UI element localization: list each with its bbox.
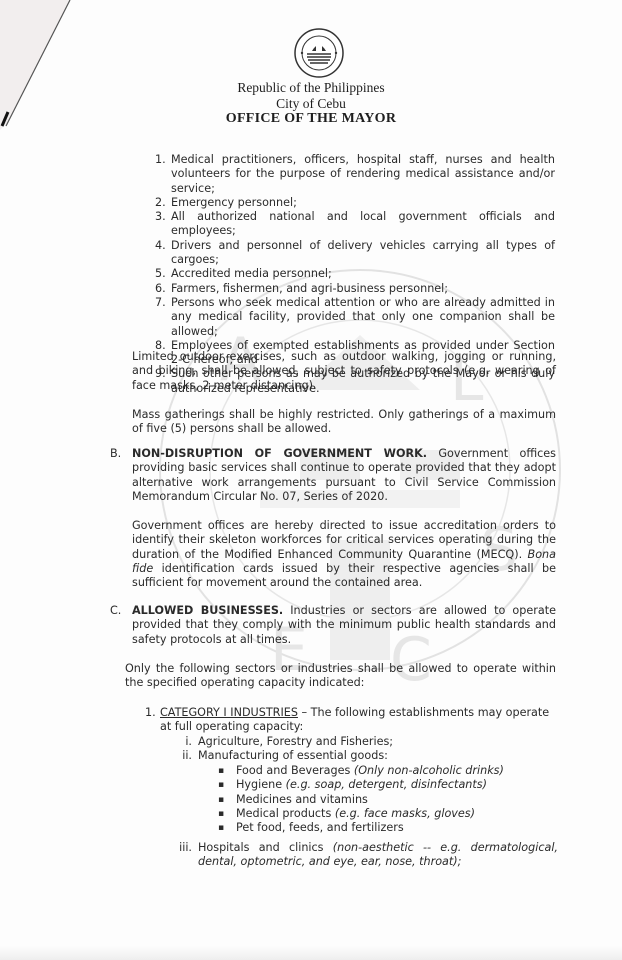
item-number: 7. — [155, 296, 166, 310]
list-item: 3.All authorized national and local gove… — [155, 210, 555, 239]
city-seal-icon — [293, 27, 345, 79]
category-title: CATEGORY I INDUSTRIES — [160, 706, 298, 719]
item-text: Accredited media personnel; — [171, 267, 332, 280]
section-heading: NON-DISRUPTION OF GOVERNMENT WORK. — [132, 447, 427, 460]
list-item: 4.Drivers and personnel of delivery vehi… — [155, 239, 555, 268]
item-number: i. — [185, 735, 192, 749]
item-number: 2. — [155, 196, 166, 210]
item-text: Farmers, fishermen, and agri-business pe… — [171, 282, 448, 295]
item-text: Medicines and vitamins — [236, 793, 368, 806]
item-text: All authorized national and local govern… — [171, 210, 555, 237]
page-bottom-shadow — [0, 946, 622, 960]
list-item: 1.Medical practitioners, officers, hospi… — [155, 153, 555, 196]
section-c-paragraph-2: Only the following sectors or industries… — [125, 662, 556, 691]
item-text: Pet food, feeds, and fertilizers — [236, 821, 404, 834]
item-text: Emergency personnel; — [171, 196, 297, 209]
list-item: Food and Beverages (Only non-alcoholic d… — [218, 764, 504, 778]
section-b: B. NON-DISRUPTION OF GOVERNMENT WORK. Go… — [110, 447, 556, 504]
section-heading: ALLOWED BUSINESSES. — [132, 604, 283, 617]
item-text: Persons who seek medical attention or wh… — [171, 296, 555, 338]
list-item: 7.Persons who seek medical attention or … — [155, 296, 555, 339]
list-item: 2.Emergency personnel; — [155, 196, 555, 210]
item-number: ii. — [182, 749, 192, 763]
item-text: Drivers and personnel of delivery vehicl… — [171, 239, 555, 266]
item-text: Hospitals and clinics — [198, 841, 333, 854]
para-text: Government offices are hereby directed t… — [132, 519, 556, 561]
list-item: Medicines and vitamins — [218, 793, 504, 807]
list-item: iii.Hospitals and clinics (non-aesthetic… — [198, 841, 558, 870]
item-number: 6. — [155, 282, 166, 296]
item-note: (Only non-alcoholic drinks) — [354, 764, 504, 777]
outdoor-exercise-paragraph: Limited outdoor exercises, such as outdo… — [132, 350, 556, 393]
item-text: Manufacturing of essential goods: — [198, 749, 388, 762]
item-number: 1. — [155, 153, 166, 167]
item-text: Medical products — [236, 807, 335, 820]
letterhead-republic: Republic of the Philippines — [0, 80, 622, 96]
item-number: 4. — [155, 239, 166, 253]
list-item: 5.Accredited media personnel; — [155, 267, 555, 281]
item-number: iii. — [179, 841, 192, 855]
letterhead-office: OFFICE OF THE MAYOR — [0, 111, 622, 127]
list-item: 6.Farmers, fishermen, and agri-business … — [155, 282, 555, 296]
item-number: 3. — [155, 210, 166, 224]
category-1: 1. CATEGORY I INDUSTRIES – The following… — [145, 706, 555, 735]
item-text: Agriculture, Forestry and Fisheries; — [198, 735, 393, 748]
list-item: i.Agriculture, Forestry and Fisheries; — [198, 735, 558, 749]
list-item: Medical products (e.g. face masks, glove… — [218, 807, 504, 821]
item-note: (e.g. face masks, gloves) — [335, 807, 475, 820]
item-number: 5. — [155, 267, 166, 281]
list-item: Hygiene (e.g. soap, detergent, disinfect… — [218, 778, 504, 792]
item-text: Food and Beverages — [236, 764, 354, 777]
section-letter: B. — [110, 447, 121, 461]
item-text: Medical practitioners, officers, hospita… — [171, 153, 555, 195]
item-text: Hygiene — [236, 778, 286, 791]
section-c: C. ALLOWED BUSINESSES. Industries or sec… — [110, 604, 556, 647]
essential-goods-list: Food and Beverages (Only non-alcoholic d… — [218, 764, 504, 835]
item-note: (e.g. soap, detergent, disinfectants) — [286, 778, 487, 791]
mass-gatherings-paragraph: Mass gatherings shall be highly restrict… — [132, 408, 556, 437]
list-item: Pet food, feeds, and fertilizers — [218, 821, 504, 835]
letterhead-city: City of Cebu — [0, 96, 622, 112]
category-number: 1. — [145, 706, 156, 720]
para-text: identification cards issued by their res… — [132, 562, 556, 589]
section-b-paragraph-2: Government offices are hereby directed t… — [132, 519, 556, 590]
section-letter: C. — [110, 604, 121, 618]
list-item: ii.Manufacturing of essential goods: — [198, 749, 558, 763]
